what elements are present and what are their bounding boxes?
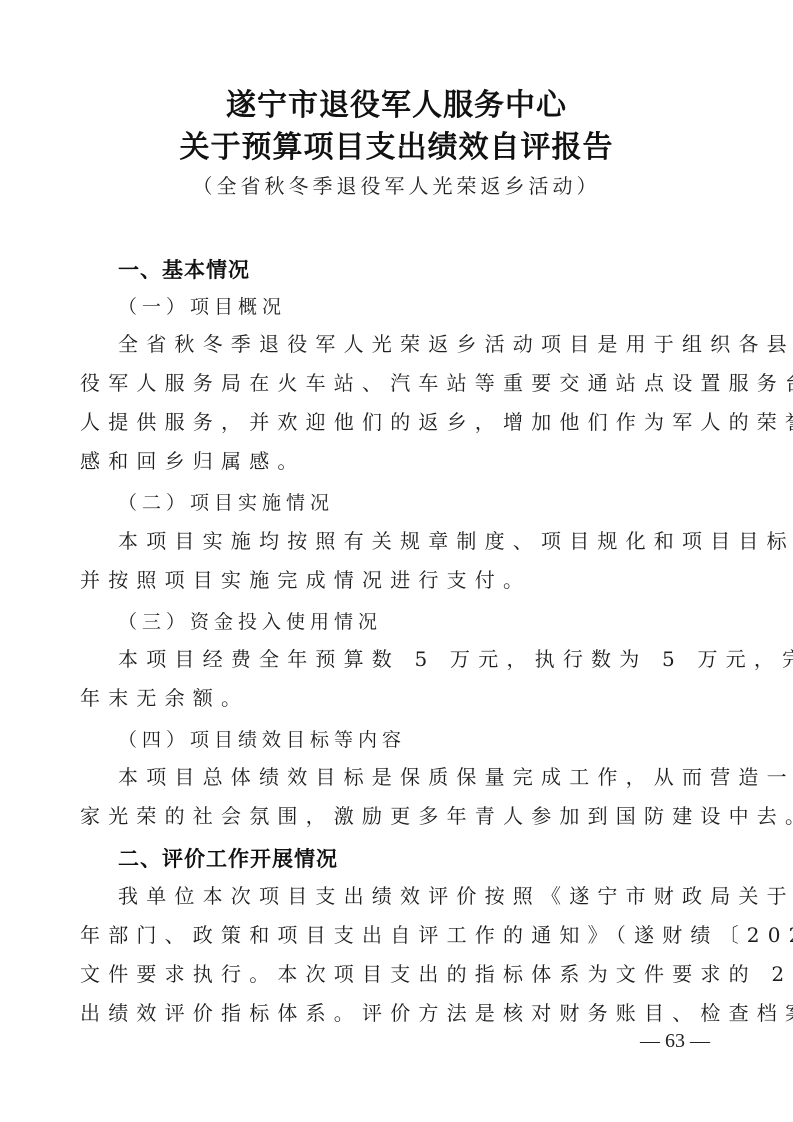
- paragraph-line: 本项目总体绩效目标是保质保量完成工作，从而营造一人参军全: [118, 764, 758, 790]
- paragraph-line: 我单位本次项目支出绩效评价按照《遂宁市财政局关于开展 2022: [118, 883, 758, 909]
- section-heading-basic-info: 一、基本情况: [118, 254, 250, 284]
- paragraph-line: 家光荣的社会氛围，激励更多年青人参加到国防建设中去。: [80, 803, 720, 829]
- document-title-line-2: 关于预算项目支出绩效自评报告: [0, 122, 793, 166]
- section-heading-evaluation: 二、评价工作开展情况: [118, 843, 338, 873]
- subsection-heading-implementation: （二）项目实施情况: [118, 488, 334, 515]
- paragraph-line: 并按照项目实施完成情况进行支付。: [80, 567, 720, 593]
- paragraph-line: 文件要求执行。本次项目支出的指标体系为文件要求的 2022 年项目支: [80, 961, 720, 987]
- subsection-heading-project-overview: （一）项目概况: [118, 292, 286, 319]
- page-number: — 63 —: [640, 1030, 710, 1053]
- document-subtitle: （全省秋冬季退役军人光荣返乡活动）: [0, 170, 793, 199]
- paragraph-line: 感和回乡归属感。: [80, 448, 720, 474]
- paragraph-line: 年末无余额。: [80, 685, 720, 711]
- paragraph-line: 本项目经费全年预算数 5 万元，执行数为 5 万元，完成预算 100%，: [118, 646, 758, 672]
- paragraph-line: 全省秋冬季退役军人光荣返乡活动项目是用于组织各县（区）退: [118, 331, 758, 357]
- paragraph-line: 出绩效评价指标体系。评价方法是核对财务账目、检查档案资料，重: [80, 1000, 720, 1026]
- paragraph-line: 人提供服务，并欢迎他们的返乡，增加他们作为军人的荣誉感、自豪: [80, 409, 720, 435]
- paragraph-line: 役军人服务局在火车站、汽车站等重要交通站点设置服务台为返乡军: [80, 370, 720, 396]
- subsection-heading-performance-goals: （四）项目绩效目标等内容: [118, 725, 406, 752]
- subsection-heading-funding: （三）资金投入使用情况: [118, 607, 382, 634]
- document-title-line-1: 遂宁市退役军人服务中心: [0, 80, 793, 124]
- paragraph-line: 年部门、政策和项目支出自评工作的通知》（遂财绩〔2022〕3 号）: [80, 922, 720, 948]
- paragraph-line: 本项目实施均按照有关规章制度、项目规化和项目目标开展工作，: [118, 528, 758, 554]
